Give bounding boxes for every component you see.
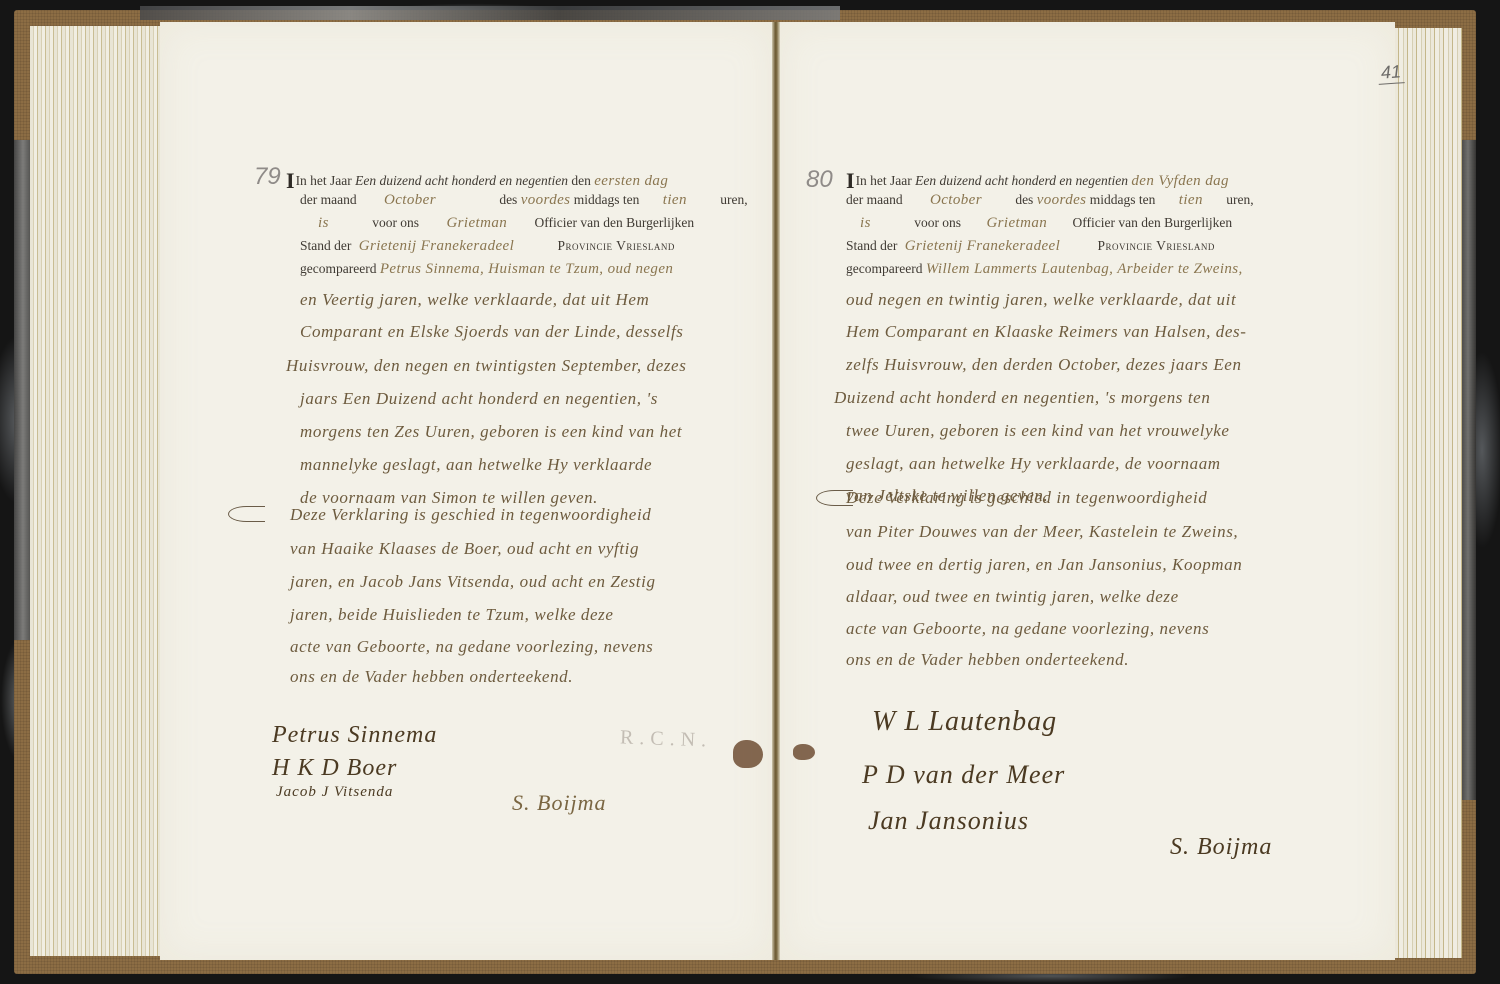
- form-line-3: is voor ons Grietman Officier van den Bu…: [318, 215, 694, 232]
- printed-year: Een duizend acht honderd en negentien: [355, 173, 568, 188]
- printed-text: Officier van den Burgerlijken: [535, 215, 695, 230]
- signature-father: Petrus Sinnema: [272, 722, 437, 749]
- handwritten-is: is: [318, 215, 329, 231]
- printed-text: der maand: [846, 192, 903, 207]
- declaration-line: van Haaike Klaases de Boer, oud acht en …: [290, 539, 639, 559]
- page-stack-left: [30, 26, 170, 956]
- handwritten-line: jaars Een Duizend acht honderd en negent…: [300, 389, 658, 409]
- printed-text: Stand der: [846, 238, 897, 253]
- declaration-line: ons en de Vader hebben onderteekend.: [290, 667, 573, 687]
- printed-text: des: [499, 192, 517, 207]
- handwritten-line: Comparant en Elske Sjoerds van der Linde…: [300, 322, 684, 342]
- handwritten-municipality: Grietenij Franekeradeel: [359, 238, 514, 254]
- form-line-2: der maand October des voordes middags te…: [846, 192, 1254, 209]
- signature-witness-2: Jacob J Vitsenda: [276, 784, 393, 801]
- handwritten-hour: tien: [663, 192, 687, 208]
- entry-number: 79: [254, 163, 281, 191]
- printed-text: voor ons: [372, 215, 419, 230]
- printed-text: den: [571, 173, 591, 188]
- handwritten-line: geslagt, aan hetwelke Hy verklaarde, de …: [846, 454, 1221, 474]
- printed-text: In het Jaar: [296, 173, 352, 188]
- printed-text: des: [1015, 192, 1033, 207]
- marbled-board-top: [140, 6, 840, 20]
- handwritten-officer: Grietman: [986, 215, 1047, 231]
- handwritten-month: October: [930, 192, 982, 208]
- handwritten-day: den Vyfden dag: [1131, 173, 1229, 189]
- book-gutter: [772, 22, 780, 960]
- printed-text: In het Jaar: [856, 173, 912, 188]
- marbled-board-right: [1460, 140, 1476, 800]
- declaration-line: Deze Verklaring is geschied in tegenwoor…: [290, 505, 651, 525]
- printed-text: uren,: [720, 192, 747, 207]
- handwritten-line: mannelyke geslagt, aan hetwelke Hy verkl…: [300, 455, 652, 475]
- handwritten-part-of-day: voordes: [521, 192, 571, 208]
- printed-year: Een duizend acht honderd en negentien: [915, 173, 1128, 188]
- form-line-4: Stand der Grietenij Franekeradeel Provin…: [300, 238, 675, 255]
- form-line-5: gecompareerd Willem Lammerts Lautenbag, …: [846, 261, 1243, 278]
- form-line-1: IIn het Jaar Een duizend acht honderd en…: [846, 168, 1229, 194]
- handwritten-line: Duizend acht honderd en negentien, 's mo…: [834, 388, 1210, 408]
- printed-text: Stand der: [300, 238, 351, 253]
- signature-witness-2: Jan Jansonius: [868, 806, 1029, 836]
- printed-text: gecompareerd: [846, 261, 922, 276]
- form-line-5: gecompareerd Petrus Sinnema, Huisman te …: [300, 261, 673, 278]
- handwritten-line: Huisvrouw, den negen en twintigsten Sept…: [286, 356, 686, 376]
- form-line-2: der maand October des voordes middags te…: [300, 192, 748, 209]
- handwritten-comparant: Willem Lammerts Lautenbag, Arbeider te Z…: [926, 261, 1243, 277]
- signature-officer: S. Boijma: [1170, 834, 1272, 861]
- faded-stamp: R.C.N.: [620, 726, 713, 752]
- declaration-line: van Piter Douwes van der Meer, Kastelein…: [846, 522, 1238, 542]
- printed-text: Officier van den Burgerlijken: [1073, 215, 1233, 230]
- handwritten-municipality: Grietenij Franekeradeel: [905, 238, 1060, 254]
- handwritten-officer: Grietman: [446, 215, 507, 231]
- page-stack-right: [1390, 28, 1462, 958]
- signature-father: W L Lautenbag: [872, 706, 1057, 738]
- handwritten-is: is: [860, 215, 871, 231]
- declaration-line: jaren, beide Huislieden te Tzum, welke d…: [290, 605, 614, 625]
- drop-cap: I: [286, 168, 295, 193]
- handwritten-comparant: Petrus Sinnema, Huisman te Tzum, oud neg…: [380, 261, 673, 277]
- handwritten-month: October: [384, 192, 436, 208]
- declaration-line: oud twee en dertig jaren, en Jan Jansoni…: [846, 555, 1242, 575]
- printed-province: Provincie Vriesland: [1098, 238, 1215, 253]
- handwritten-line: zelfs Huisvrouw, den derden October, dez…: [846, 355, 1242, 375]
- declaration-line: ons en de Vader hebben onderteekend.: [846, 650, 1129, 670]
- paragraph-mark: [228, 506, 265, 522]
- handwritten-part-of-day: voordes: [1037, 192, 1087, 208]
- handwritten-line: twee Uuren, geboren is een kind van het …: [846, 421, 1230, 441]
- handwritten-line: morgens ten Zes Uuren, geboren is een ki…: [300, 422, 682, 442]
- declaration-line: Deze Verklaring is geschied in tegenwoor…: [846, 488, 1207, 508]
- printed-text: uren,: [1226, 192, 1253, 207]
- form-line-1: IIn het Jaar Een duizend acht honderd en…: [286, 168, 668, 194]
- handwritten-hour: tien: [1179, 192, 1203, 208]
- declaration-line: jaren, en Jacob Jans Vitsenda, oud acht …: [290, 572, 656, 592]
- printed-province: Provincie Vriesland: [558, 238, 675, 253]
- entry-number: 80: [806, 166, 833, 194]
- declaration-line: aldaar, oud twee en twintig jaren, welke…: [846, 587, 1179, 607]
- printed-text: voor ons: [914, 215, 961, 230]
- signature-officer: S. Boijma: [512, 790, 607, 816]
- handwritten-line: Hem Comparant en Klaaske Reimers van Hal…: [846, 322, 1247, 342]
- handwritten-line: en Veertig jaren, welke verklaarde, dat …: [300, 290, 649, 310]
- signature-witness-1: H K D Boer: [272, 755, 397, 782]
- printed-text: gecompareerd: [300, 261, 376, 276]
- printed-text: der maand: [300, 192, 357, 207]
- folio-number: 41: [1377, 61, 1405, 85]
- handwritten-day: eersten dag: [594, 173, 668, 189]
- printed-text: middags ten: [1090, 192, 1156, 207]
- drop-cap: I: [846, 168, 855, 193]
- printed-text: middags ten: [574, 192, 640, 207]
- declaration-line: acte van Geboorte, na gedane voorlezing,…: [846, 619, 1209, 639]
- form-line-4: Stand der Grietenij Franekeradeel Provin…: [846, 238, 1215, 255]
- ink-stain: [793, 744, 815, 760]
- declaration-line: acte van Geboorte, na gedane voorlezing,…: [290, 637, 653, 657]
- signature-witness-1: P D van der Meer: [862, 760, 1065, 790]
- form-line-3: is voor ons Grietman Officier van den Bu…: [860, 215, 1232, 232]
- ink-stain: [733, 740, 763, 768]
- handwritten-line: oud negen en twintig jaren, welke verkla…: [846, 290, 1236, 310]
